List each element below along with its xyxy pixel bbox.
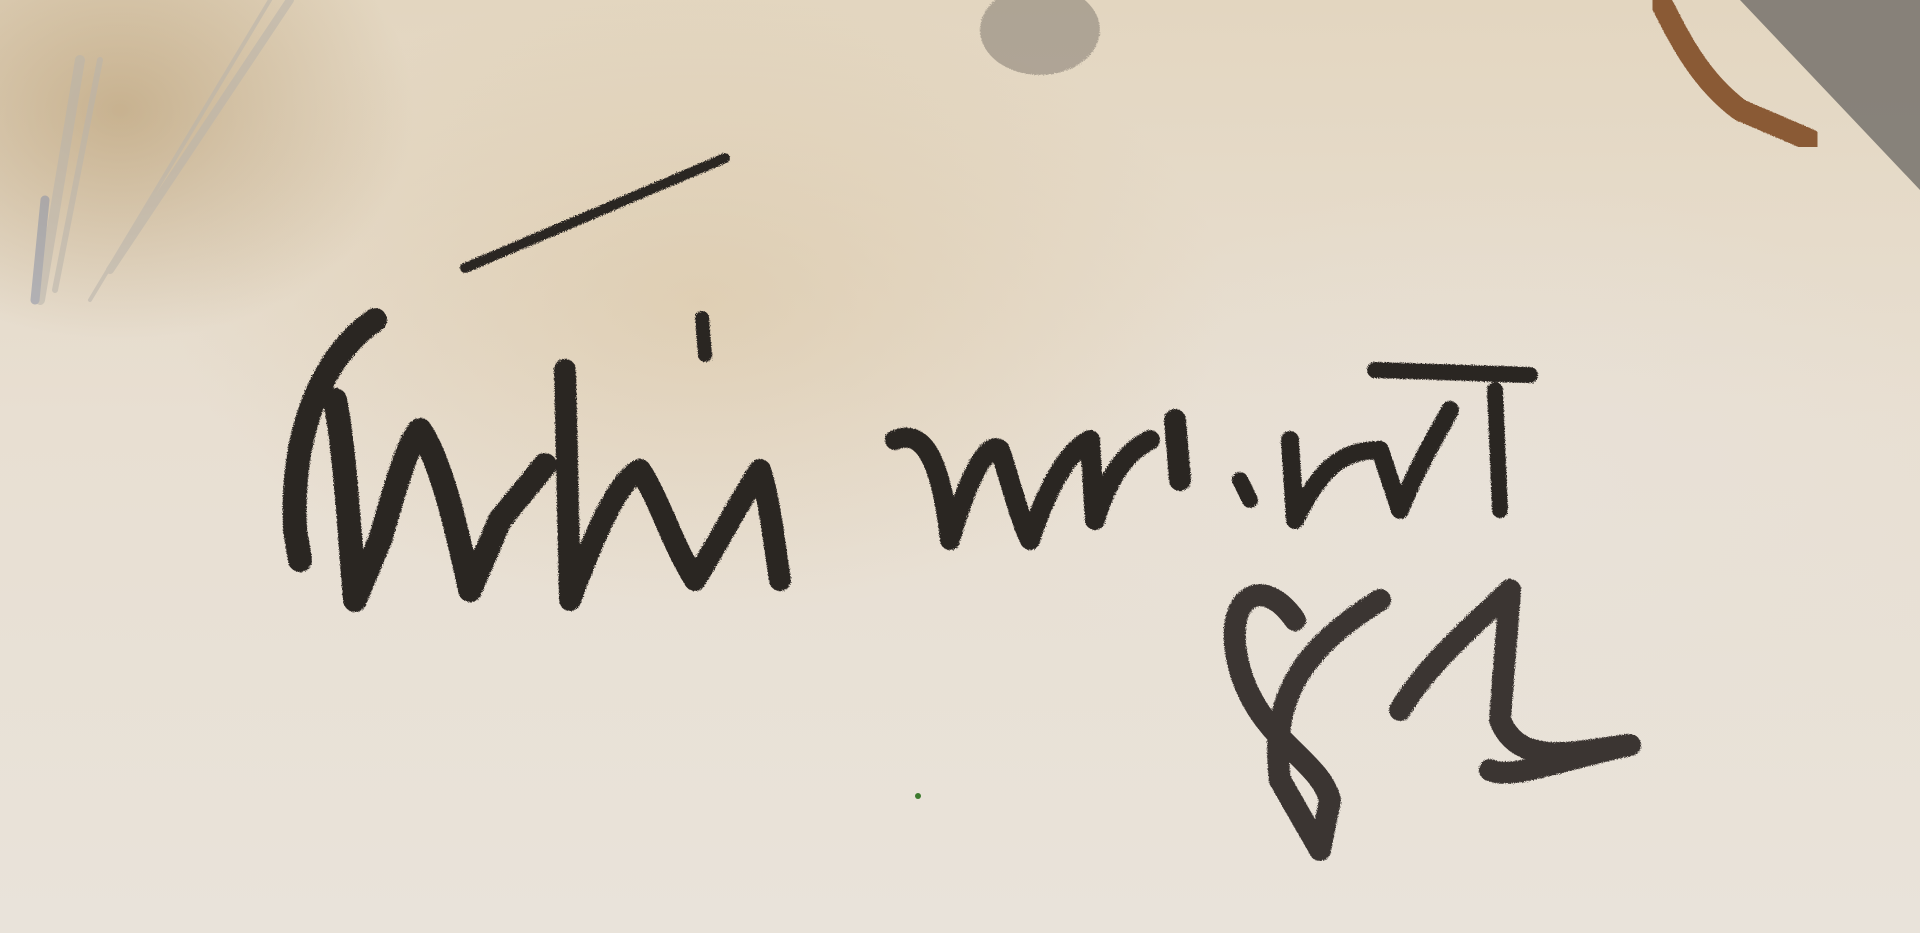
artwork xyxy=(0,0,1920,933)
date-88 xyxy=(1235,590,1630,850)
gray-smudge xyxy=(980,0,1100,75)
signature xyxy=(295,158,1530,600)
green-speck xyxy=(915,793,921,799)
top-left-wash xyxy=(35,0,290,300)
gray-wash-corner xyxy=(1740,0,1920,190)
